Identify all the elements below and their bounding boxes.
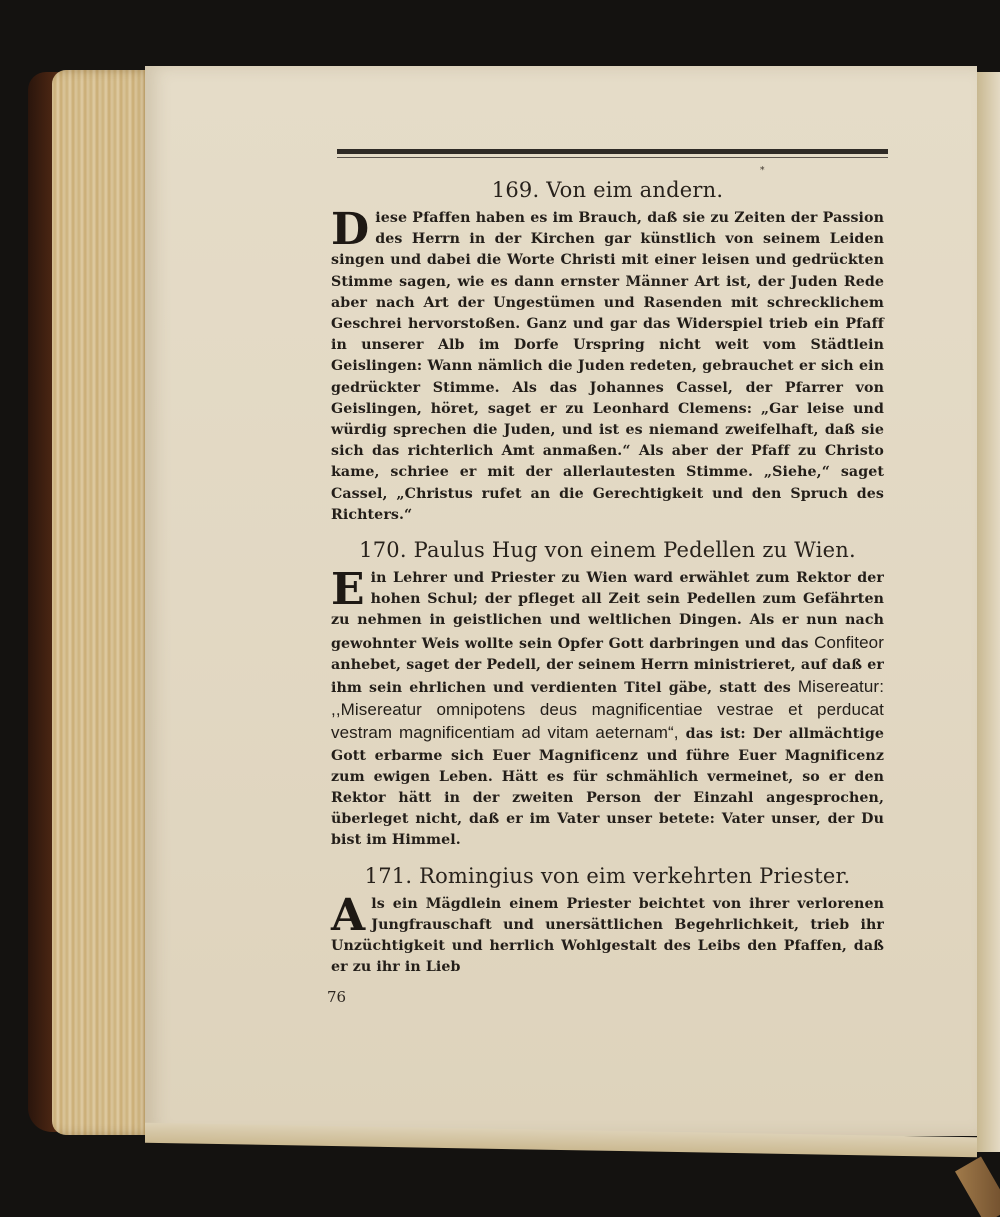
section-body: Diese Pfaffen haben es im Brauch, daß si… — [331, 208, 884, 526]
section-title: 171. Romingius von eim verkehrten Priest… — [331, 864, 884, 888]
body-text: iese Pfaffen haben es im Brauch, daß sie… — [331, 210, 884, 523]
section-169: 169. Von eim andern. Diese Pfaffen haben… — [331, 178, 884, 526]
drop-cap: D — [331, 210, 369, 250]
header-rule — [337, 149, 888, 154]
section-title: 170. Paulus Hug von einem Pedellen zu Wi… — [331, 538, 884, 562]
body-text: das ist: Der allmächtige Gott erbarme si… — [331, 726, 884, 848]
drop-cap: E — [331, 570, 365, 610]
bookmark-ribbon — [955, 1157, 1000, 1217]
facing-page-edge — [977, 72, 1000, 1152]
section-body: Ein Lehrer und Priester zu Wien ward erw… — [331, 568, 884, 852]
section-171: 171. Romingius von eim verkehrten Priest… — [331, 864, 884, 979]
body-text: ls ein Mägdlein einem Priester beichtet … — [331, 896, 884, 976]
page-text: 169. Von eim andern. Diese Pfaffen haben… — [331, 170, 884, 979]
section-170: 170. Paulus Hug von einem Pedellen zu Wi… — [331, 538, 884, 852]
latin-text: Confiteor — [814, 633, 884, 652]
header-rule-thin — [337, 157, 888, 158]
drop-cap: A — [331, 896, 365, 936]
body-text: in Lehrer und Priester zu Wien ward erwä… — [331, 570, 884, 652]
section-body: Als ein Mägdlein einem Priester beichtet… — [331, 894, 884, 979]
page-block-edge — [52, 70, 152, 1135]
page-number: 76 — [327, 988, 346, 1006]
section-title: 169. Von eim andern. — [331, 178, 884, 202]
